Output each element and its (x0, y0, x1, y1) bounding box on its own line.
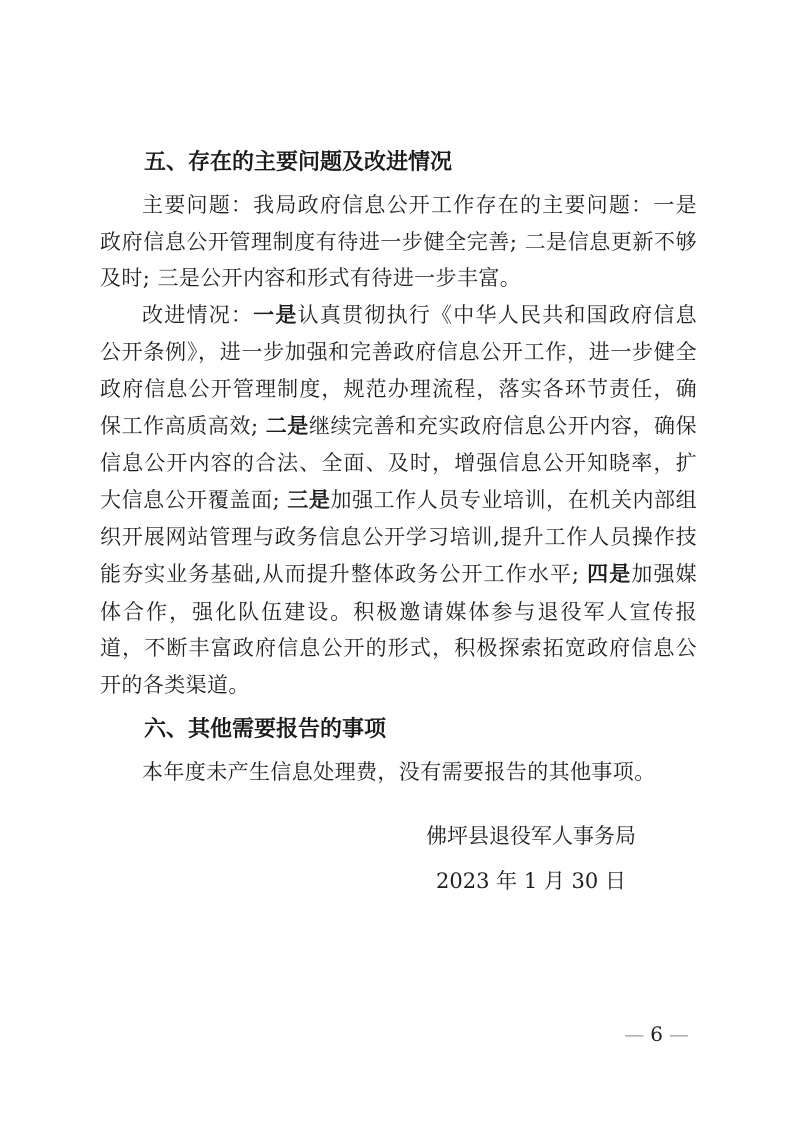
emphasis-marker-third: 三是 (287, 489, 330, 512)
signature-block: 佛坪县退役军人事务局 2023 年 1 月 30 日 (369, 818, 693, 900)
emphasis-marker-second: 二是 (266, 415, 309, 438)
section-5-improvements-paragraph: 改进情况：一是认真贯彻执行《中华人民共和国政府信息公开条例》，进一步加强和完善政… (100, 297, 697, 704)
report-body: 五、存在的主要问题及改进情况 主要问题：我局政府信息公开工作存在的主要问题：一是… (100, 142, 697, 791)
page-number: 6 (650, 1022, 663, 1046)
improvements-lead: 改进情况： (142, 303, 253, 327)
section-6-paragraph: 本年度未产生信息处理费，没有需要报告的其他事项。 (100, 754, 697, 791)
page-footer: —6— (0, 1022, 695, 1046)
footer-dash-left: — (624, 1022, 644, 1046)
emphasis-marker-first: 一是 (253, 304, 297, 327)
section-5-heading: 五、存在的主要问题及改进情况 (100, 142, 697, 182)
signature-org: 佛坪县退役军人事务局 (369, 818, 693, 855)
document-page: 五、存在的主要问题及改进情况 主要问题：我局政府信息公开工作存在的主要问题：一是… (0, 0, 793, 1122)
signature-date: 2023 年 1 月 30 日 (369, 863, 693, 900)
section-6-heading: 六、其他需要报告的事项 (100, 709, 697, 749)
emphasis-marker-fourth: 四是 (587, 563, 631, 586)
problems-text: 主要问题：我局政府信息公开工作存在的主要问题：一是政府信息公开管理制度有待进一步… (100, 193, 697, 290)
footer-dash-right: — (669, 1022, 689, 1046)
section-5-problems-paragraph: 主要问题：我局政府信息公开工作存在的主要问题：一是政府信息公开管理制度有待进一步… (100, 187, 697, 297)
